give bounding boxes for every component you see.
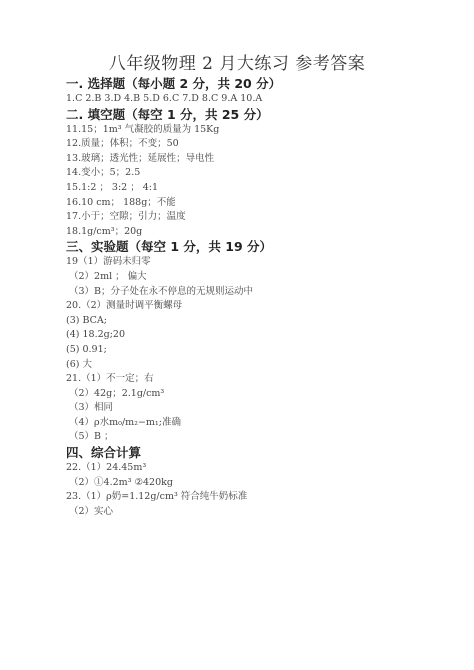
section-heading-choice: 一. 选择题（每小题 2 分，共 20 分） [66,76,446,92]
answer-line-18: 18.1g/cm³；20g [66,225,446,240]
answer-line-19-1: 19（1）游码未归零 [66,255,446,270]
page-title: 八年级物理 2 月大练习 参考答案 [0,54,474,74]
answer-line-17: 17.小于；空隙；引力；温度 [66,210,446,225]
answer-line-14: 14.变小；5；2.5 [66,166,446,181]
answer-line-19-3: （3）B；分子处在永不停息的无规则运动中 [66,285,446,300]
section-heading-experiment: 三、实验题（每空 1 分，共 19 分） [66,239,446,255]
answer-line-15: 15.1:2 ； 3:2 ； 4:1 [66,181,446,196]
answer-content: 一. 选择题（每小题 2 分，共 20 分） 1.C 2.B 3.D 4.B 5… [66,76,446,519]
section-heading-fill-blank: 二. 填空题（每空 1 分，共 25 分） [66,107,446,123]
answer-line-19-2: （2）2ml ； 偏大 [66,270,446,285]
choice-answers: 1.C 2.B 3.D 4.B 5.D 6.C 7.D 8.C 9.A 10.A [66,92,446,107]
answer-line-21-2: （2）42g；2.1g/cm³ [66,387,446,402]
answer-line-21-3: （3）相同 [66,401,446,416]
answer-line-20-4: (4) 18.2g;20 [66,328,446,343]
answer-line-23-1: 23.（1）ρ奶=1.12g/cm³ 符合纯牛奶标准 [66,490,446,505]
answer-line-12: 12.质量；体积；不变；50 [66,137,446,152]
answer-line-16: 16.10 cm； 188g；不能 [66,196,446,211]
answer-key-page: 八年级物理 2 月大练习 参考答案 一. 选择题（每小题 2 分，共 20 分）… [0,0,474,670]
answer-line-11: 11.15；1m³ 气凝胶的质量为 15Kg [66,123,446,138]
answer-line-23-2: （2）实心 [66,505,446,520]
answer-line-20-2: 20.（2）测量时调平衡螺母 [66,299,446,314]
answer-line-20-6: (6) 大 [66,358,446,373]
section-heading-calculation: 四、综合计算 [66,445,446,461]
answer-line-21-5: （5）B ； [66,430,446,445]
answer-line-13: 13.玻璃；透光性；延展性；导电性 [66,152,446,167]
answer-line-20-5: (5) 0.91; [66,343,446,358]
answer-line-22-2: （2）①4.2m³ ②420kg [66,476,446,491]
answer-line-22-1: 22.（1）24.45m³ [66,461,446,476]
answer-line-20-3: (3) BCA; [66,314,446,329]
answer-line-21-4-formula: （4）ρ水m₀/m₂−m₁;准确 [66,416,446,431]
answer-line-21-1: 21.（1）不一定；右 [66,372,446,387]
